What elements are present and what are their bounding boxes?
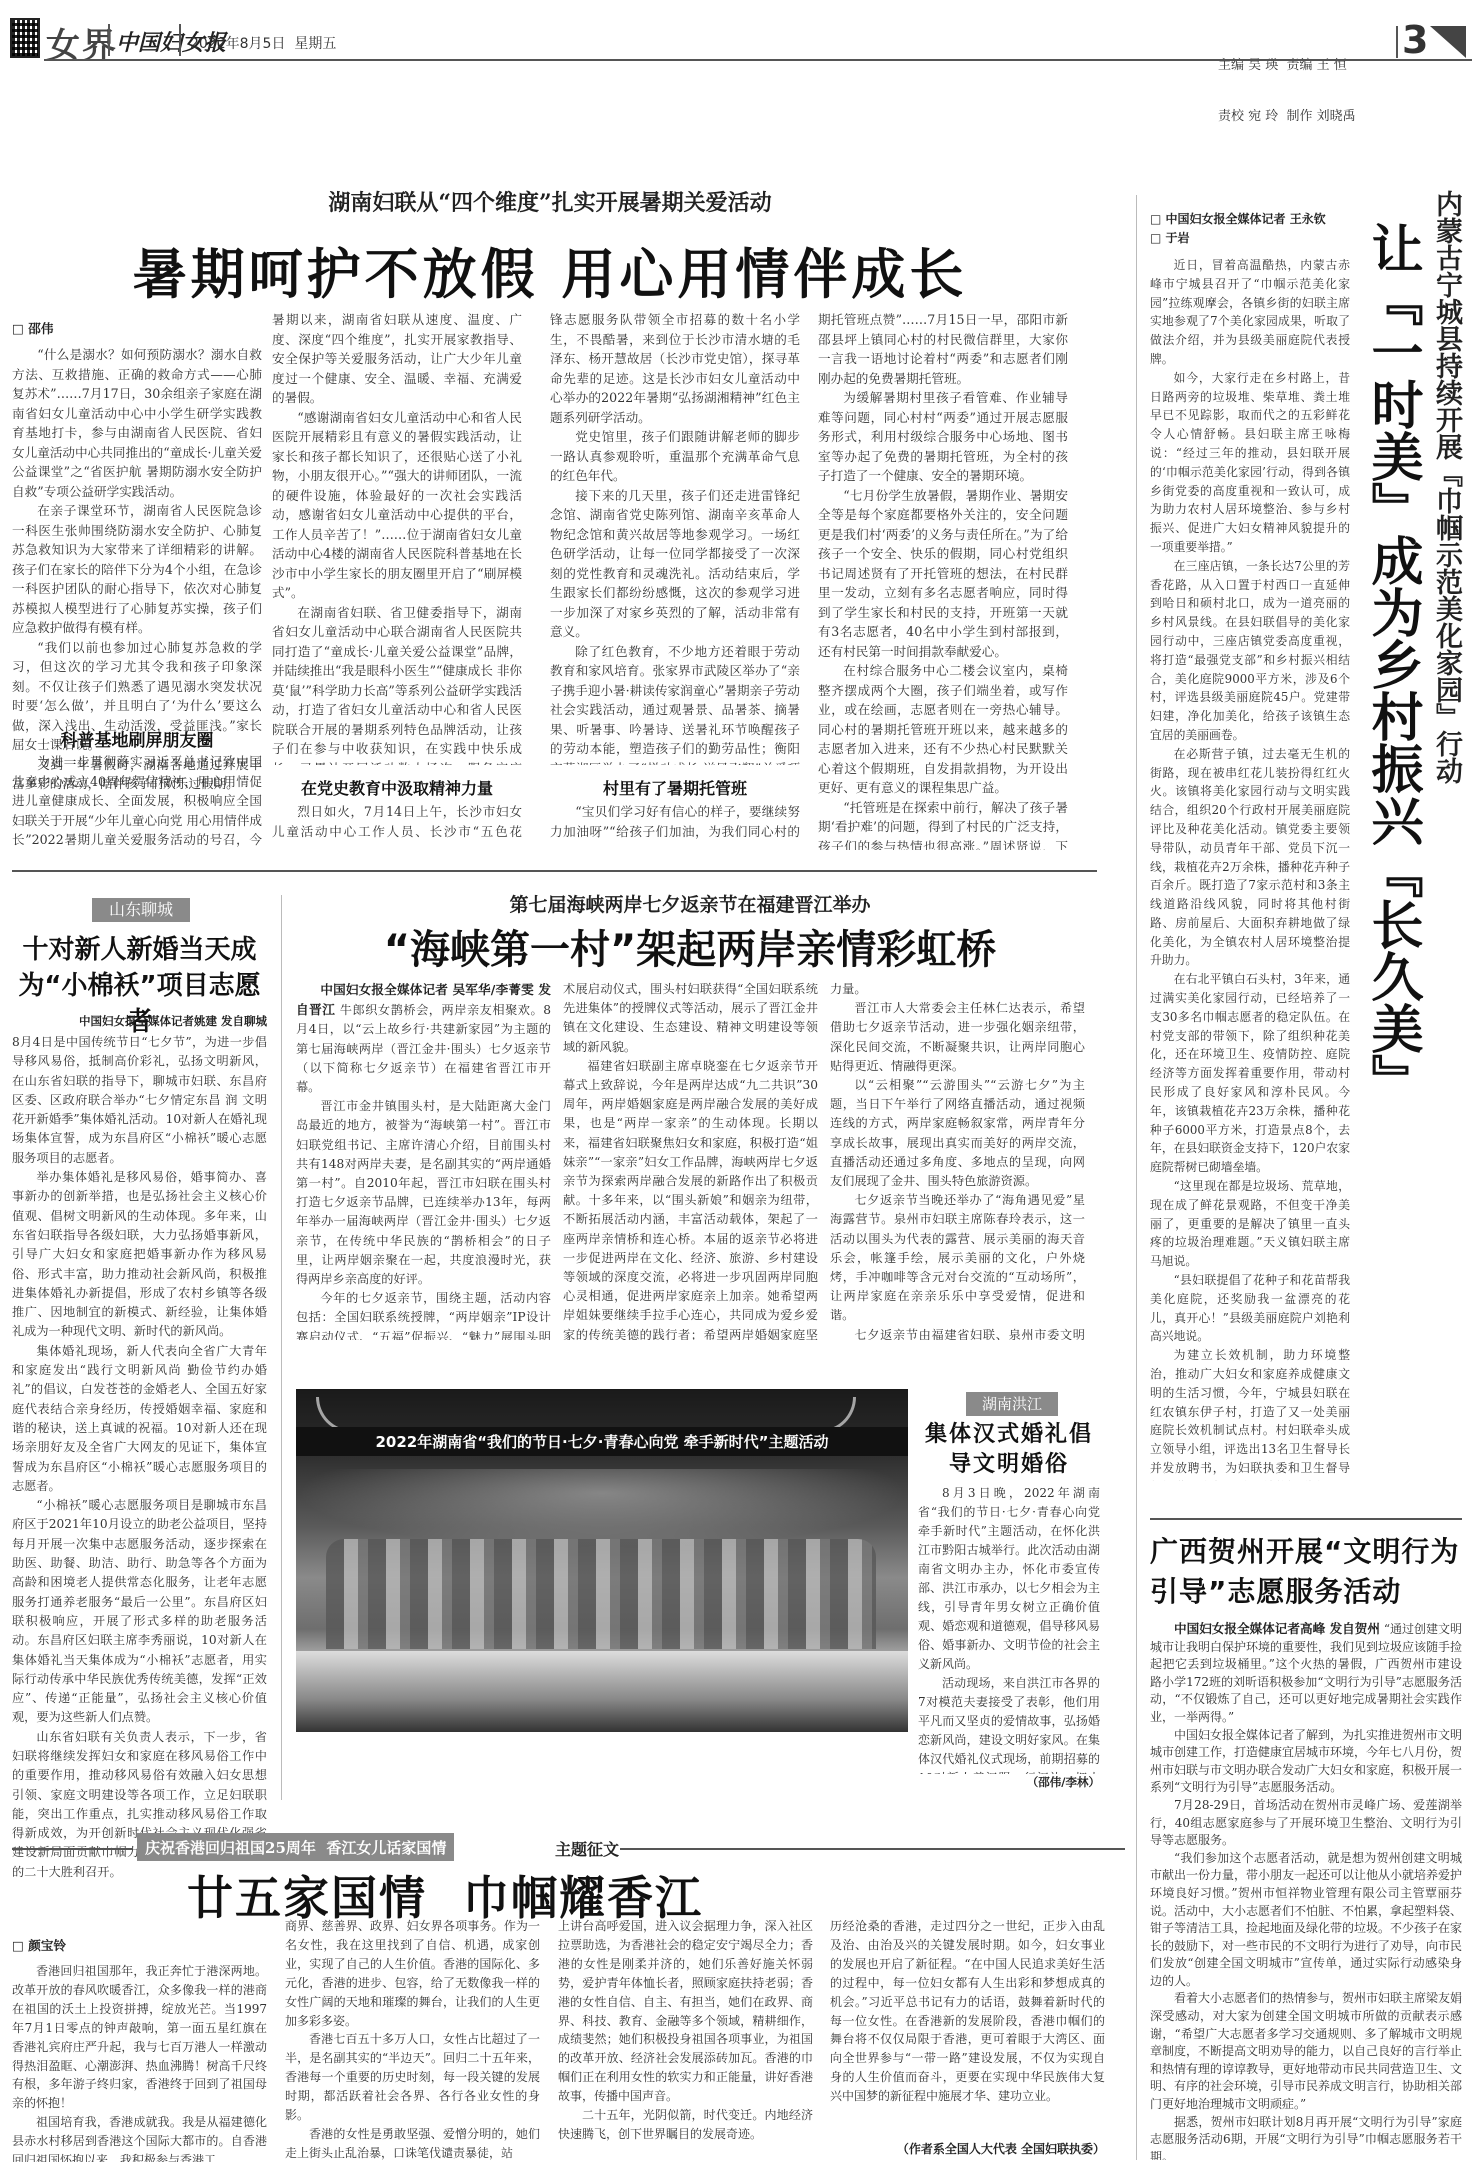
issue-date: 2022年8月5日 星期五 xyxy=(190,33,336,53)
hongjiang-body: 8月3日晚，2022年湖南省“我们的节日·七夕·青春心向党 牵手新时代”主题活动… xyxy=(918,1484,1100,1774)
editors-line-2: 责校 宛 玲 制作 刘晓禹 xyxy=(1218,108,1356,125)
lead-col-2: 暑期以来，湖南省妇联从速度、温度、广度、深度“四个维度”，扎实开展家教指导、安全… xyxy=(272,310,522,765)
hk-byline: □ 颜宝铃 xyxy=(12,1935,66,1954)
shandong-body: 8月4日是中国传统节日“七夕节”，为进一步倡导移风易俗，抵制高价彩礼，弘扬文明新… xyxy=(12,1033,267,1973)
hk-banner-boxed: 庆祝香港回归祖国25周年 香江女儿话家国情 xyxy=(137,1833,454,1861)
lead-col-3: 锋志愿服务队带领全市招募的数十名小学生，不畏酷暑，来到位于长沙市清水塘的毛泽东、… xyxy=(550,310,800,765)
corner-triangle-icon xyxy=(1430,26,1466,58)
subhead-party-history: 在党史教育中汲取精神力量 xyxy=(272,776,522,799)
shandong-byline: 中国妇女报全媒体记者姚建 发自聊城 xyxy=(12,1013,267,1029)
hk-author-note: （作者系全国人大代表 全国妇联执委） xyxy=(830,2140,1105,2157)
guangxi-headline: 广西贺州开展“文明行为引导”志愿服务活动 xyxy=(1150,1532,1462,1612)
photo-stage-lights xyxy=(296,1469,908,1549)
hk-banner-rule-right xyxy=(620,1848,1125,1850)
shandong-badge: 山东聊城 xyxy=(92,898,190,922)
haixia-headline: “海峡第一村”架起两岸亲情彩虹桥 xyxy=(290,918,1090,975)
hk-col-3: 上讲台高呼爱国，进入议会据理力争，深入社区拉票助选，为香港社会的稳定安宁竭尽全力… xyxy=(558,1917,813,2162)
haixia-col-1: 中国妇女报全媒体记者 吴军华/李菁雯 发自晋江 牛郎织女鹊桥会，两岸亲友相聚欢。… xyxy=(296,980,551,1340)
haixia-col-2: 术展启动仪式，围头村妇联获得“全国妇联系统先进集体”的授牌仪式等活动，展示了晋江… xyxy=(563,980,818,1340)
editors-credit: 主编 吴 瑛 责编 王 恒 责校 宛 玲 制作 刘晓禹 xyxy=(1218,23,1356,142)
qr-code xyxy=(10,18,40,58)
haixia-col-3: 力量。 晋江市人大常委会主任林仁达表示，希望借助七夕返亲节活动，进一步强化姻亲纽… xyxy=(830,980,1085,1340)
hongjiang-headline: 集体汉式婚礼倡导文明婚俗 xyxy=(918,1420,1100,1480)
hk-col-4: 历经沧桑的香港，走过四分之一世纪，正步入由乱及治、由治及兴的关键发展时期。如今，… xyxy=(830,1917,1105,2142)
divider xyxy=(108,24,110,56)
lead-byline: □ 邵伟 xyxy=(12,318,53,337)
haixia-kicker: 第七届海峡两岸七夕返亲节在福建晋江举办 xyxy=(290,890,1090,917)
divider xyxy=(179,24,181,56)
lead-headline: 暑期呵护不放假 用心用情伴成长 xyxy=(0,232,1100,309)
subhead-science-base: 科普基地刷屏朋友圈 xyxy=(12,726,262,751)
im-kicker-vertical: 内蒙古宁城县持续开展『巾帼示范美化家园』行动 xyxy=(1425,190,1465,810)
guangxi-body: 中国妇女报全媒体记者高峰 发自贺州 “通过创建文明城市让我明白保护环境的重要性，… xyxy=(1150,1620,1462,2160)
subhead-summer-care-class: 村里有了暑期托管班 xyxy=(550,776,800,799)
im-headline-vertical: 让『一时美』成为乡村振兴『长久美』 xyxy=(1362,222,1422,1102)
im-body: 近日，冒着高温酷热，内蒙古赤峰市宁城县召开了“巾帼示范美化家园”拉练观摩会，各镇… xyxy=(1150,256,1350,1481)
section-rule xyxy=(12,870,1097,872)
im-byline-2: □ 于岩 xyxy=(1150,229,1190,246)
hk-banner-rule-left xyxy=(12,1848,132,1850)
hk-col-1: 香港回归祖国那年，我正奔忙于港深两地。改革开放的春风吹暖香江，众多像我一样的港商… xyxy=(12,1962,267,2162)
hongjiang-badge: 湖南洪江 xyxy=(966,1392,1058,1416)
lead-kicker: 湖南妇联从“四个维度”扎实开展暑期关爱活动 xyxy=(0,186,1100,217)
column-divider xyxy=(281,895,282,1800)
guangxi-top-rule xyxy=(1150,1518,1462,1520)
wedding-photo: 2022年湖南省“我们的节日·七夕·青春心向党 牵手新时代”主题活动 xyxy=(296,1389,908,1732)
photo-stage-floor xyxy=(296,1651,908,1732)
photo-banner-text: 2022年湖南省“我们的节日·七夕·青春心向党 牵手新时代”主题活动 xyxy=(296,1427,908,1456)
photo-figures xyxy=(326,1539,876,1649)
lead-col-4: 期托管班点赞”……7月15日一早，邵阳市新邵县坪上镇同心村的村民微信群里，大家你… xyxy=(818,310,1068,850)
hk-col-2: 商界、慈善界、政界、妇女界各项事务。作为一名女性，我在这里找到了自信、机遇，成家… xyxy=(285,1917,540,2162)
lead-col-1-cont: 为进一步贯彻落实习近平总书记致中国儿童中心成立40周年贺信精神，用心用情促进儿童… xyxy=(12,752,262,852)
lead-col-3-cont: “宝贝们学习好有信心的样子，要继续努力加油呀”“给孩子们加油，为我们同心村的暑 xyxy=(550,802,800,844)
column-divider xyxy=(1136,195,1137,2160)
page-number: 3 xyxy=(1402,18,1428,62)
masthead-rule xyxy=(44,59,1472,61)
lead-col-2-cont: 烈日如火，7月14日上午，长沙市妇女儿童活动中心工作人员、长沙市“五色花瓣”学雷 xyxy=(272,802,522,844)
im-byline-1: □ 中国妇女报全媒体记者 王永钦 xyxy=(1150,210,1326,227)
hongjiang-credit: （邵伟/李林） xyxy=(1000,1774,1100,1790)
hk-banner-suffix: 主题征文 xyxy=(555,1837,619,1860)
divider xyxy=(1396,26,1398,58)
